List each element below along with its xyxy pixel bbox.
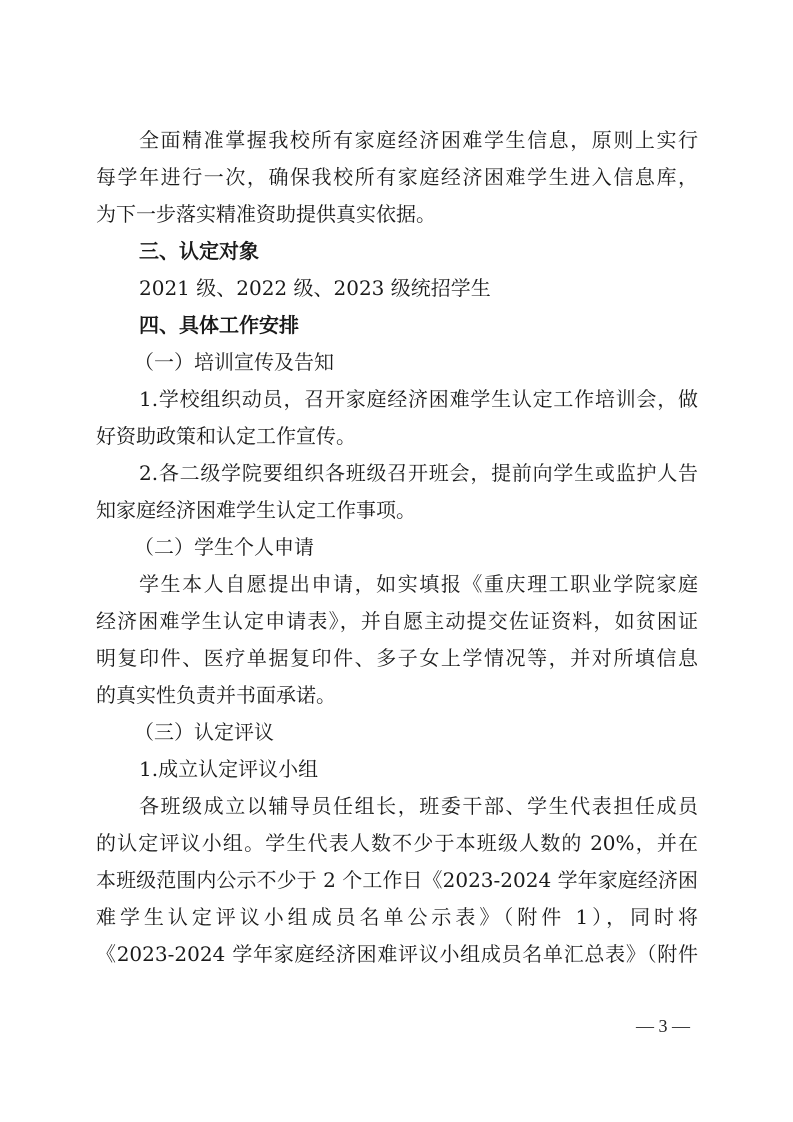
- paragraph-line: 2.各二级学院要组织各班级召开班会，提前向学生或监护人告: [96, 455, 698, 492]
- paragraph-line: 各班级成立以辅导员任组长，班委干部、学生代表担任成员: [96, 788, 698, 825]
- paragraph-line: 为下一步落实精准资助提供真实依据。: [96, 196, 698, 233]
- paragraph-line: 1.学校组织动员，召开家庭经济困难学生认定工作培训会，做: [96, 381, 698, 418]
- paragraph-line: 好资助政策和认定工作宣传。: [96, 418, 698, 455]
- subsection-heading: （一）培训宣传及告知: [96, 344, 698, 381]
- page-number: — 3 —: [636, 1016, 690, 1037]
- paragraph-line: 全面精准掌握我校所有家庭经济困难学生信息，原则上实行: [96, 122, 698, 159]
- paragraph-line: 本班级范围内公示不少于 2 个工作日《2023-2024 学年家庭经济困: [96, 862, 698, 899]
- paragraph-line: 明复印件、医疗单据复印件、多子女上学情况等，并对所填信息: [96, 640, 698, 677]
- subsection-heading: （三）认定评议: [96, 714, 698, 751]
- paragraph-line: 每学年进行一次，确保我校所有家庭经济困难学生进入信息库，: [96, 159, 698, 196]
- document-page: 全面精准掌握我校所有家庭经济困难学生信息，原则上实行 每学年进行一次，确保我校所…: [96, 122, 698, 973]
- paragraph-line: 经济困难学生认定申请表》，并自愿主动提交佐证资料，如贫困证: [96, 603, 698, 640]
- paragraph-line: 知家庭经济困难学生认定工作事项。: [96, 492, 698, 529]
- paragraph-line: 的认定评议小组。学生代表人数不少于本班级人数的 20%，并在: [96, 825, 698, 862]
- paragraph-line: 学生本人自愿提出申请，如实填报《重庆理工职业学院家庭: [96, 566, 698, 603]
- paragraph-line: 难学生认定评议小组成员名单公示表》（附件 1），同时将: [96, 899, 698, 936]
- paragraph-line: 《2023-2024 学年家庭经济困难评议小组成员名单汇总表》（附件: [96, 936, 698, 973]
- section-heading: 三、认定对象: [96, 233, 698, 270]
- subsection-heading: （二）学生个人申请: [96, 529, 698, 566]
- paragraph-line: 1.成立认定评议小组: [96, 751, 698, 788]
- paragraph-line: 的真实性负责并书面承诺。: [96, 677, 698, 714]
- section-heading: 四、具体工作安排: [96, 307, 698, 344]
- paragraph-line: 2021 级、2022 级、2023 级统招学生: [96, 270, 698, 307]
